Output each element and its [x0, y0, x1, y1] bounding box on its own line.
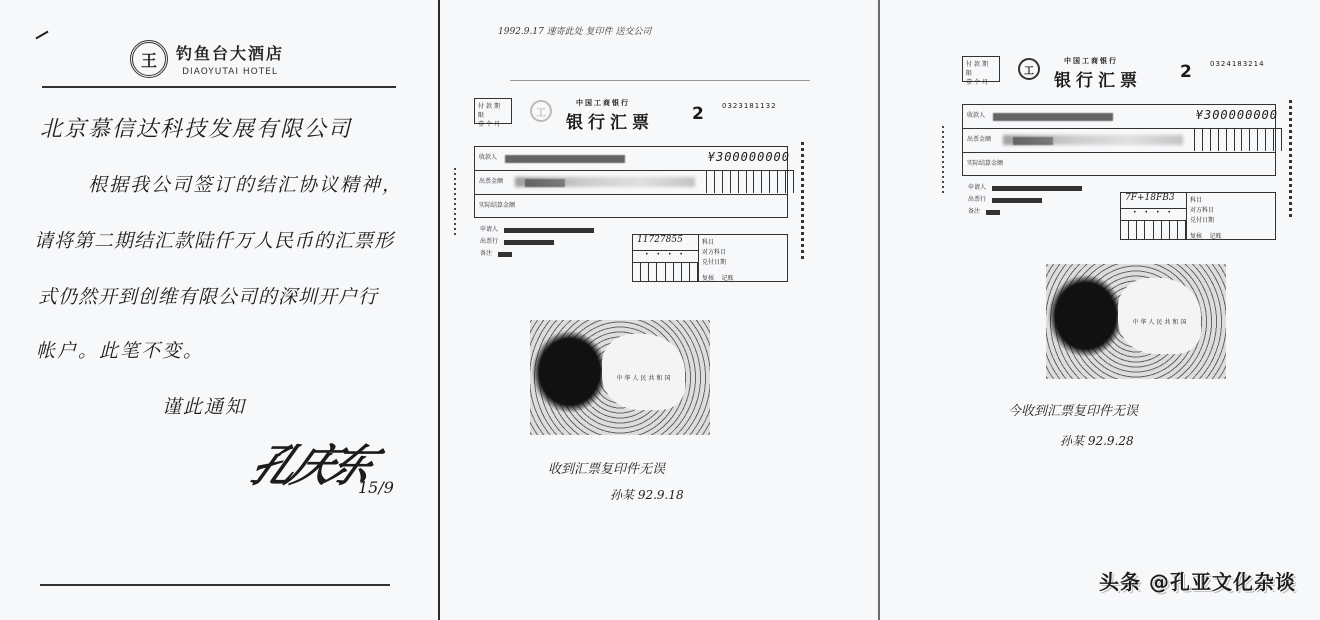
- hotel-letterhead: 王 钓鱼台大酒店 DIAOYUTAI HOTEL: [130, 40, 284, 78]
- letter-line: 帐户。此笔不变。: [36, 336, 204, 363]
- letter-line: 请将第二期结汇款陆仟万人民币的汇票形: [34, 226, 394, 253]
- stamp-image: 中华人民共和国: [530, 320, 710, 435]
- draft-title: 银行汇票: [566, 108, 654, 133]
- letter-page: 王 钓鱼台大酒店 DIAOYUTAI HOTEL 北京慕信达科技发展有限公司 根…: [0, 0, 438, 620]
- form-row: 实际结算金额: [475, 195, 787, 219]
- hotel-name-cn: 钓鱼台大酒店: [176, 41, 284, 64]
- settlement-box: 7F+18FB3 • • • • 科目 对方科目 兑付日期 复核 记账: [1120, 192, 1276, 240]
- hotel-name-en: DIAOYUTAI HOTEL: [182, 67, 278, 77]
- draft-amount: ¥300000000: [1196, 108, 1278, 122]
- hotel-logo-icon: 王: [130, 40, 168, 78]
- amount-digit-grid: [706, 170, 794, 193]
- bank-logo-icon: 工: [530, 100, 552, 122]
- bank-draft: 付款期限壹个月 工 中国工商银行 银行汇票 2 0323181132 收款人 出…: [474, 98, 794, 273]
- bank-name: 中国工商银行: [1064, 56, 1118, 66]
- perforation: [454, 168, 456, 238]
- receipt-note: 今收到汇票复印件无误: [1008, 400, 1138, 419]
- letter-addressee: 北京慕信达科技发展有限公司: [40, 112, 352, 143]
- perforation: [801, 142, 804, 262]
- draft-number: 0324183214: [1210, 60, 1265, 68]
- receipt-signature: 孙某 92.9.18: [610, 486, 684, 503]
- pen-mark: [35, 31, 48, 40]
- payment-term-box: 付款期限壹个月: [474, 98, 512, 124]
- secret-code: 11727855: [633, 235, 698, 251]
- bank-logo-icon: 工: [1018, 58, 1040, 80]
- form-row: 实际结算金额: [963, 153, 1275, 177]
- draft-top-note: 1992.9.17 速寄此处 复印件 送交公司: [498, 24, 651, 37]
- copy-number: 2: [1180, 62, 1192, 82]
- applicant-fields: 申请人 出票行 备注: [480, 224, 594, 260]
- secret-code: 7F+18FB3: [1121, 193, 1186, 209]
- cut-line: [510, 80, 810, 81]
- perforation: [1289, 100, 1292, 220]
- bank-draft: 付款期限壹个月 工 中国工商银行 银行汇票 2 0324183214 收款人 出…: [962, 56, 1282, 231]
- receipt-signature: 孙某 92.9.28: [1060, 432, 1134, 449]
- bank-draft-page-2: 付款期限壹个月 工 中国工商银行 银行汇票 2 0324183214 收款人 出…: [878, 0, 1320, 620]
- bank-name: 中国工商银行: [576, 98, 630, 108]
- draft-amount: ¥300000000: [708, 150, 790, 164]
- stamp-image: 中华人民共和国: [1046, 264, 1226, 379]
- applicant-fields: 申请人 出票行 备注: [968, 182, 1082, 218]
- copy-number: 2: [692, 104, 704, 124]
- letter-date: 15/9: [358, 478, 394, 497]
- letter-line: 根据我公司签订的结汇协议精神，: [88, 170, 403, 197]
- draft-title: 银行汇票: [1054, 66, 1142, 91]
- footer-divider: [40, 584, 390, 586]
- amount-digit-grid: [1194, 128, 1282, 151]
- payment-term-box: 付款期限壹个月: [962, 56, 1000, 82]
- source-watermark: 头条 @孔亚文化杂谈: [1099, 566, 1296, 595]
- receipt-note: 收到汇票复印件无误: [548, 458, 665, 477]
- perforation: [942, 126, 944, 196]
- letterhead-divider: [42, 86, 396, 88]
- settlement-box: 11727855 • • • • 科目 对方科目 兑付日期 复核 记账: [632, 234, 788, 282]
- draft-number: 0323181132: [722, 102, 777, 110]
- letter-closing: 谨此通知: [162, 392, 246, 419]
- bank-draft-page-1: 1992.9.17 速寄此处 复印件 送交公司 付款期限壹个月 工 中国工商银行…: [438, 0, 876, 620]
- letter-line: 式仍然开到创维有限公司的深圳开户行: [38, 282, 378, 309]
